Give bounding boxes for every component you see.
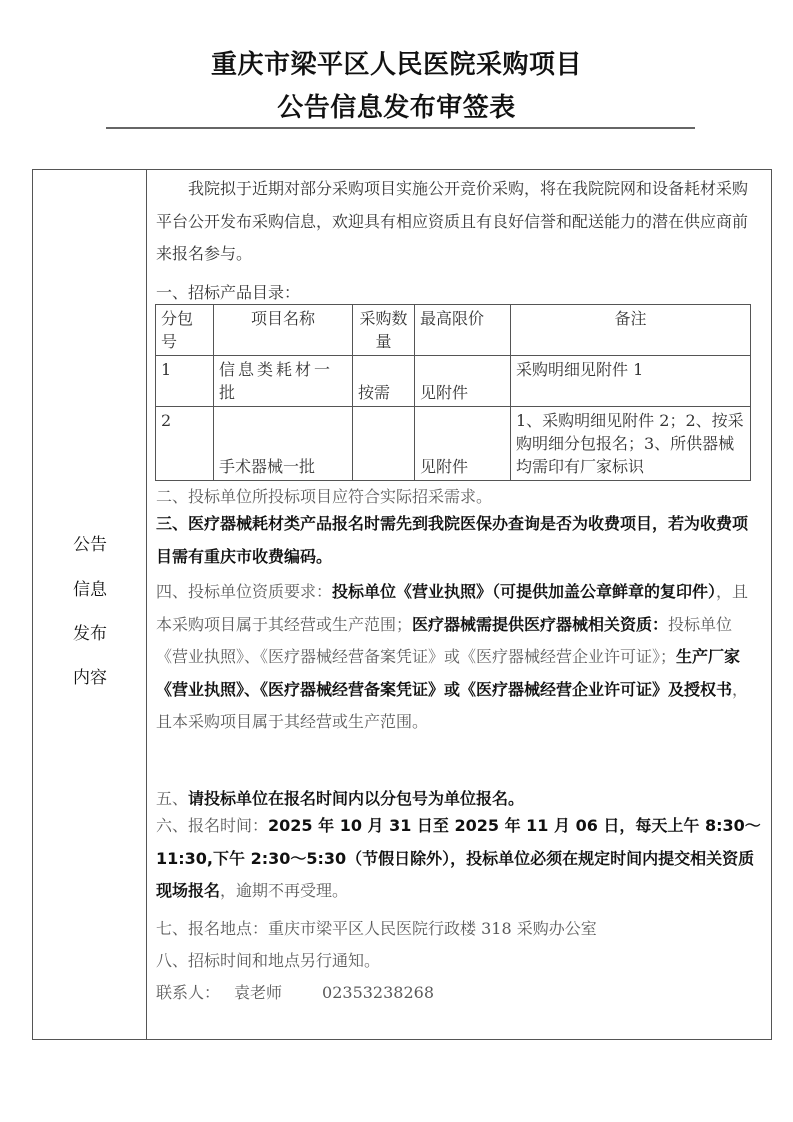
content-column: 我院拟于近期对部分采购项目实施公开竞价采购，将在我院院网和设备耗材采购平台公开发… — [148, 170, 771, 1039]
quantity-cell — [353, 407, 415, 481]
label-line: 公告 — [33, 530, 147, 555]
contact-label: 联系人： — [156, 983, 220, 1002]
section4-bold2: 医疗器械需提供医疗器械相关资质： — [412, 615, 668, 634]
contact-line: 联系人：袁老师02353238268 — [156, 980, 763, 1003]
section2-text: 二、投标单位所投标项目应符合实际招采需求。 — [156, 484, 763, 507]
document-title-line2: 公告信息发布审签表 — [0, 87, 793, 124]
package-no-cell: 1 — [156, 356, 214, 407]
section5-bold: 请投标单位在报名时间内以分包号为单位报名。 — [188, 789, 524, 808]
header-cell: 备注 — [511, 305, 751, 356]
header-cell: 项目名称 — [214, 305, 353, 356]
intro-paragraph: 我院拟于近期对部分采购项目实施公开竞价采购，将在我院院网和设备耗材采购平台公开发… — [156, 173, 763, 271]
note-cell: 1、采购明细见附件 2；2、按采购明细分包报名；3、所供器械均需印有厂家标识 — [511, 407, 751, 481]
note-cell: 采购明细见附件 1 — [511, 356, 751, 407]
section6-prefix: 六、报名时间： — [156, 816, 268, 835]
product-table: 分包号 项目名称 采购数量 最高限价 备注 1 信息类耗材一批 按需 见附件 采… — [155, 304, 751, 481]
contact-phone: 02353238268 — [322, 983, 434, 1002]
header-cell: 分包号 — [156, 305, 214, 356]
section5-text: 五、请投标单位在报名时间内以分包号为单位报名。 — [156, 786, 763, 809]
table-header-row: 分包号 项目名称 采购数量 最高限价 备注 — [156, 305, 751, 356]
max-price-cell: 见附件 — [415, 356, 511, 407]
section3-text: 三、医疗器械耗材类产品报名时需先到我院医保办查询是否为收费项目，若为收费项目需有… — [156, 508, 763, 573]
name-cell: 手术器械一批 — [214, 407, 353, 481]
header-cell: 采购数量 — [353, 305, 415, 356]
section8-text: 八、招标时间和地点另行通知。 — [156, 948, 763, 971]
max-price-cell: 见附件 — [415, 407, 511, 481]
name-cell: 信息类耗材一批 — [214, 356, 353, 407]
section1-title: 一、招标产品目录： — [156, 280, 763, 303]
section7-text: 七、报名地点：重庆市梁平区人民医院行政楼 318 采购办公室 — [156, 916, 763, 939]
section4-text: 四、投标单位资质要求：投标单位《营业执照》（可提供加盖公章鲜章的复印件），且本采… — [156, 576, 763, 739]
quantity-cell: 按需 — [353, 356, 415, 407]
table-row: 2 手术器械一批 见附件 1、采购明细见附件 2；2、按采购明细分包报名；3、所… — [156, 407, 751, 481]
section4-prefix: 四、投标单位资质要求： — [156, 582, 332, 601]
section6-text: 六、报名时间：2025 年 10 月 31 日至 2025 年 11 月 06 … — [156, 810, 763, 908]
section6-suffix: ，逾期不再受理。 — [220, 881, 348, 900]
label-line: 内容 — [33, 663, 147, 688]
package-no-cell: 2 — [156, 407, 214, 481]
header-cell: 最高限价 — [415, 305, 511, 356]
document-title-line1: 重庆市梁平区人民医院采购项目 — [0, 44, 793, 81]
contact-name: 袁老师 — [234, 983, 282, 1002]
label-column: 公告 信息 发布 内容 — [33, 170, 147, 1039]
title-divider — [106, 127, 695, 129]
table-row: 1 信息类耗材一批 按需 见附件 采购明细见附件 1 — [156, 356, 751, 407]
label-line: 信息 — [33, 575, 147, 600]
approval-form: 公告 信息 发布 内容 我院拟于近期对部分采购项目实施公开竞价采购，将在我院院网… — [32, 169, 772, 1040]
label-line: 发布 — [33, 619, 147, 644]
section5-prefix: 五、 — [156, 789, 188, 808]
section4-bold1: 投标单位《营业执照》（可提供加盖公章鲜章的复印件） — [332, 582, 716, 601]
